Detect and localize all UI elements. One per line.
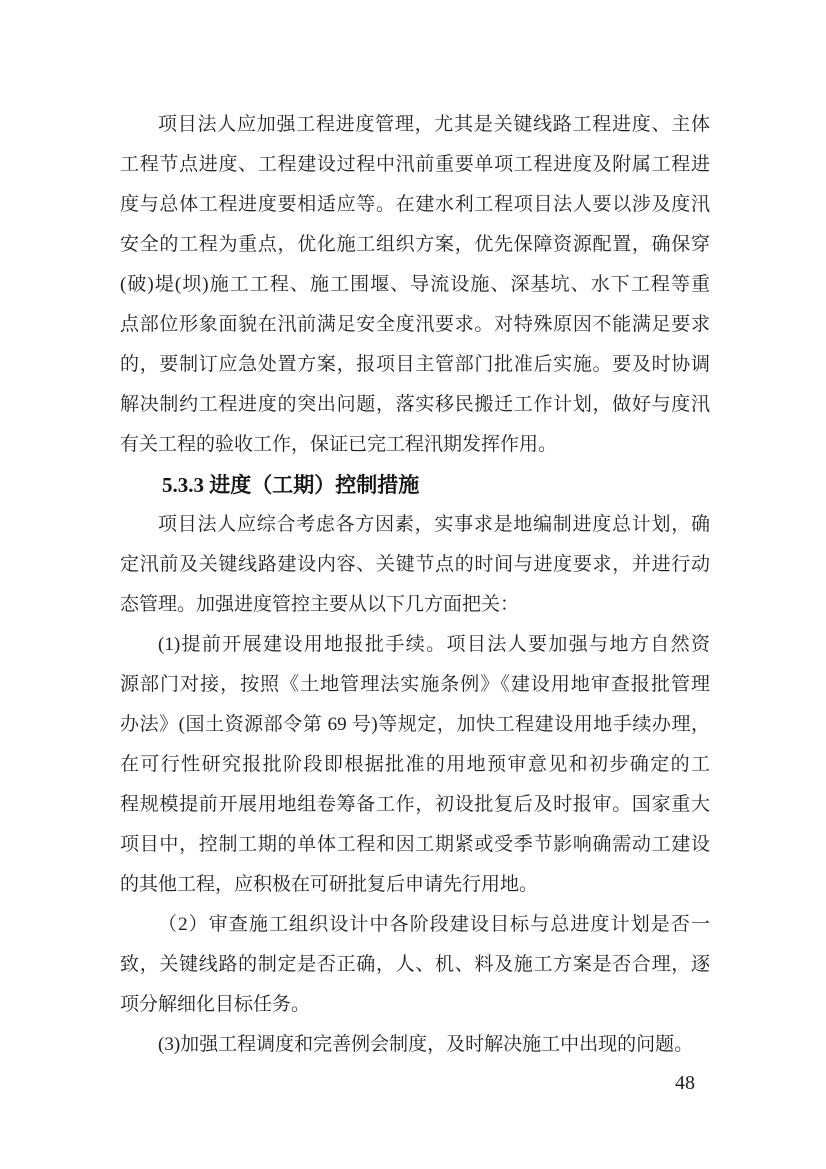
text-line: 源部门对接，按照《土地管理法实施条例》《建设用地审查报批管理 [120,665,710,705]
text-line: 工程节点进度、工程建设过程中汛前重要单项工程进度及附属工程进 [120,145,710,185]
document-page: 项目法人应加强工程进度管理，尤其是关键线路工程进度、主体工程节点进度、工程建设过… [0,0,826,1169]
text-line: 安全的工程为重点，优化施工组织方案，优先保障资源配置，确保穿 [120,225,710,265]
document-body: 项目法人应加强工程进度管理，尤其是关键线路工程进度、主体工程节点进度、工程建设过… [120,105,710,1065]
text-line: 态管理。加强进度管控主要从以下几方面把关： [120,585,710,625]
paragraph-item-2-construction-org-review: （2）审查施工组织设计中各阶段建设目标与总进度计划是否一致，关键线路的制定是否正… [120,905,710,1025]
text-line: 项目中，控制工期的单体工程和因工期紧或受季节影响确需动工建设 [120,825,710,865]
text-line: (3)加强工程调度和完善例会制度，及时解决施工中出现的问题。 [120,1025,710,1065]
paragraph-item-1-land-approval: (1)提前开展建设用地报批手续。项目法人要加强与地方自然资源部门对接，按照《土地… [120,625,710,905]
text-line: 项目法人应加强工程进度管理，尤其是关键线路工程进度、主体 [120,105,710,145]
text-line: 办法》(国土资源部令第 69 号)等规定，加快工程建设用地手续办理， [120,705,710,745]
text-line: 定汛前及关键线路建设内容、关键节点的时间与进度要求，并进行动 [120,545,710,585]
text-line: (1)提前开展建设用地报批手续。项目法人要加强与地方自然资 [120,625,710,665]
text-line: 项分解细化目标任务。 [120,985,710,1025]
section-heading-5-3-3: 5.3.3 进度（工期）控制措施 [120,465,710,505]
text-line: 程规模提前开展用地组卷筹备工作，初设批复后及时报审。国家重大 [120,785,710,825]
text-line: （2）审查施工组织设计中各阶段建设目标与总进度计划是否一 [120,905,710,945]
text-line: 解决制约工程进度的突出问题，落实移民搬迁工作计划，做好与度汛 [120,385,710,425]
page-number: 48 [675,1072,695,1094]
text-line: 的其他工程，应积极在可研批复后申请先行用地。 [120,865,710,905]
text-line: 有关工程的验收工作，保证已完工程汛期发挥作用。 [120,425,710,465]
text-line: 点部位形象面貌在汛前满足安全度汛要求。对特殊原因不能满足要求 [120,305,710,345]
paragraph-overall-schedule-plan: 项目法人应综合考虑各方因素，实事求是地编制进度总计划，确定汛前及关键线路建设内容… [120,505,710,625]
paragraph-flood-progress-management: 项目法人应加强工程进度管理，尤其是关键线路工程进度、主体工程节点进度、工程建设过… [120,105,710,465]
text-line: (破)堤(坝)施工工程、施工围堰、导流设施、深基坑、水下工程等重 [120,265,710,305]
text-line: 在可行性研究报批阶段即根据批准的用地预审意见和初步确定的工 [120,745,710,785]
text-line: 度与总体工程进度要相适应等。在建水利工程项目法人要以涉及度汛 [120,185,710,225]
paragraph-item-3-dispatch-meetings: (3)加强工程调度和完善例会制度，及时解决施工中出现的问题。 [120,1025,710,1065]
text-line: 的，要制订应急处置方案，报项目主管部门批准后实施。要及时协调 [120,345,710,385]
text-line: 致，关键线路的制定是否正确，人、机、料及施工方案是否合理，逐 [120,945,710,985]
text-line: 项目法人应综合考虑各方因素，实事求是地编制进度总计划，确 [120,505,710,545]
